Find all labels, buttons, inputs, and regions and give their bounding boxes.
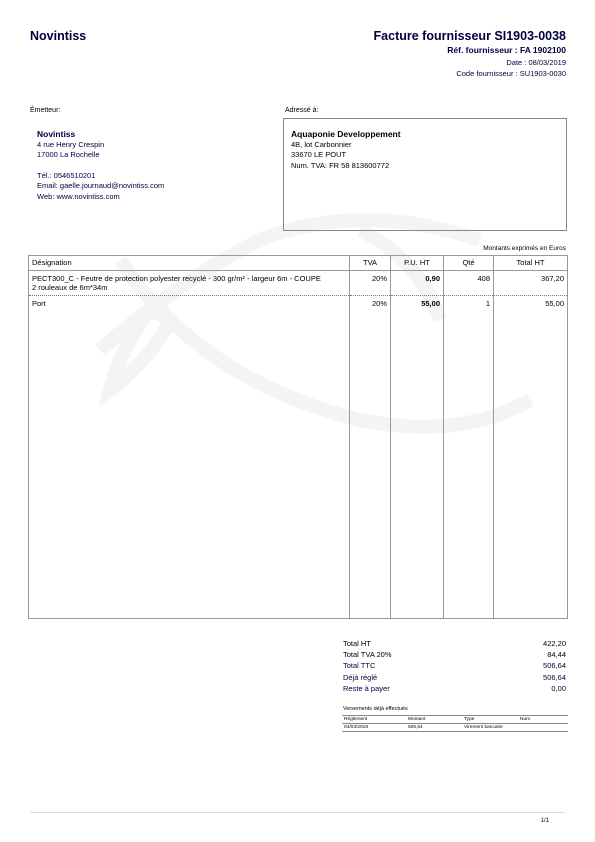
item-unit-price: 0,90 [391,271,444,296]
sender-email: Email: gaelle.journaud@novintiss.com [37,181,164,192]
supplier-ref: Réf. fournisseur : FA 1902100 [447,45,566,55]
col-qty: Qté [444,256,494,271]
total-ht-row: Total HT 422,20 [343,638,566,649]
col-payment-date: Réglement [342,716,406,724]
table-row: PECT300_C - Feutre de protection polyest… [29,271,568,296]
item-qty: 408 [444,271,494,296]
invoice-date: Date : 08/03/2019 [506,58,566,67]
total-tva-value: 84,44 [547,649,566,660]
total-ht-value: 422,20 [543,638,566,649]
remaining-row: Reste à payer 0,00 [343,683,566,694]
items-header-row: Désignation TVA P.U. HT Qté Total HT [29,256,568,271]
company-name: Novintiss [30,29,86,43]
item-designation-cell: Port [29,296,350,619]
item-note: 2 rouleaux de 6m*34m [32,283,346,292]
item-qty: 1 [444,296,494,619]
col-payment-amount: Montant [406,716,462,724]
total-ttc-value: 506,64 [543,660,566,671]
item-designation: PECT300_C - Feutre de protection polyest… [32,274,346,283]
item-unit-price: 55,00 [391,296,444,619]
totals-block: Total HT 422,20 Total TVA 20% 84,44 Tota… [343,638,566,694]
remaining-label: Reste à payer [343,683,390,694]
payment-date: 04/03/2019 [342,724,406,732]
sender-address2: 17000 La Rochelle [37,150,164,161]
invoice-title: Facture fournisseur SI1903-0038 [374,29,566,43]
col-tva: TVA [350,256,391,271]
total-tva-label: Total TVA 20% [343,649,392,660]
payment-type: Virement bancaire [462,724,518,732]
footer-divider [30,812,565,813]
col-payment-type: Type [462,716,518,724]
col-payment-num: Num [518,716,568,724]
item-total: 367,20 [494,271,568,296]
item-designation-cell: PECT300_C - Feutre de protection polyest… [29,271,350,296]
already-paid-value: 506,64 [543,672,566,683]
recipient-address2: 33670 LE POUT [291,150,559,161]
page-number: 1/1 [541,818,549,824]
sender-label: Émetteur: [30,107,60,114]
sender-web: Web: www.novintiss.com [37,192,164,203]
recipient-address1: 4B, lot Carbonnier [291,140,559,151]
item-tva: 20% [350,271,391,296]
items-table: Désignation TVA P.U. HT Qté Total HT PEC… [28,255,568,619]
remaining-value: 0,00 [551,683,566,694]
recipient-name: Aquaponie Developpement [291,129,559,140]
sender-phone: Tél.: 0546510201 [37,171,164,182]
recipient-vat: Num. TVA: FR 58 813600772 [291,161,559,172]
item-tva: 20% [350,296,391,619]
sender-block: Novintiss 4 rue Henry Crespin 17000 La R… [37,129,164,202]
table-row: 04/03/2019 506,64 Virement bancaire [342,724,568,732]
supplier-code: Code fournisseur : SU1903-0030 [456,69,566,78]
sender-address1: 4 rue Henry Crespin [37,140,164,151]
payment-num [518,724,568,732]
col-designation: Désignation [29,256,350,271]
payments-header-row: Réglement Montant Type Num [342,716,568,724]
col-unit-price: P.U. HT [391,256,444,271]
table-row: Port 20% 55,00 1 55,00 [29,296,568,619]
total-ht-label: Total HT [343,638,371,649]
already-paid-label: Déjà réglé [343,672,377,683]
total-ttc-label: Total TTC [343,660,375,671]
total-tva-row: Total TVA 20% 84,44 [343,649,566,660]
item-total: 55,00 [494,296,568,619]
recipient-box: Aquaponie Developpement 4B, lot Carbonni… [283,118,567,231]
already-paid-row: Déjà réglé 506,64 [343,672,566,683]
payments-table: Réglement Montant Type Num 04/03/2019 50… [342,715,568,732]
payment-amount: 506,64 [406,724,462,732]
total-ttc-row: Total TTC 506,64 [343,660,566,671]
col-total: Total HT [494,256,568,271]
currency-note: Montants exprimés en Euros [483,245,566,252]
sender-name: Novintiss [37,129,164,140]
recipient-label: Adressé à: [285,107,318,114]
item-designation: Port [32,299,346,308]
payments-title: Versements déjà effectués [343,706,408,712]
